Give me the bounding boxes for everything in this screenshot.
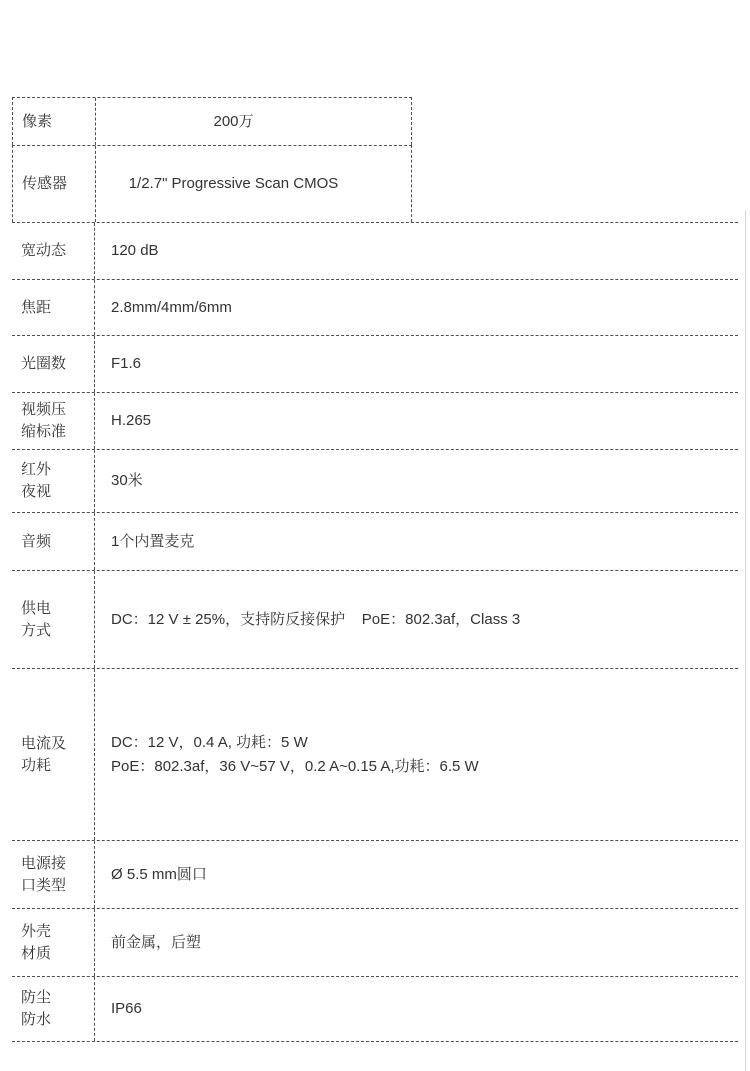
spec-value: IP66: [95, 977, 738, 1041]
spec-value: DC：12 V ± 25%，支持防反接保护 PoE：802.3af，Class …: [95, 571, 738, 668]
spec-label: 像素: [13, 98, 96, 145]
spec-label: 焦距: [12, 280, 95, 335]
spec-label: 宽动态: [12, 223, 95, 279]
spec-label: 红外 夜视: [12, 450, 95, 512]
spec-label: 电流及 功耗: [12, 669, 95, 840]
table-row: 像素 200万: [12, 97, 412, 145]
spec-label: 电源接 口类型: [12, 841, 95, 908]
spec-value: 200万: [96, 98, 411, 145]
table-row: 电源接 口类型 Ø 5.5 mm圆口: [12, 840, 738, 908]
spec-label: 音频: [12, 513, 95, 570]
spec-label: 光圈数: [12, 336, 95, 392]
table-row: 供电 方式 DC：12 V ± 25%，支持防反接保护 PoE：802.3af，…: [12, 570, 738, 668]
table-row: 视频压 缩标准 H.265: [12, 392, 738, 449]
spec-value: Ø 5.5 mm圆口: [95, 841, 738, 908]
spec-value: 120 dB: [95, 223, 738, 279]
table-row: 传感器 1/2.7" Progressive Scan CMOS: [12, 145, 412, 222]
spec-label: 防尘 防水: [12, 977, 95, 1041]
table-row: 外壳 材质 前金属，后塑: [12, 908, 738, 976]
spec-label: 视频压 缩标准: [12, 393, 95, 449]
spec-value: F1.6: [95, 336, 738, 392]
content-right-edge-line: [745, 210, 746, 1071]
table-row: 焦距 2.8mm/4mm/6mm: [12, 279, 738, 335]
spec-value: 30米: [95, 450, 738, 512]
spec-value: DC：12 V，0.4 A, 功耗：5 W PoE：802.3af，36 V~5…: [95, 669, 738, 840]
table-row: 光圈数 F1.6: [12, 335, 738, 392]
spec-value: 1个内置麦克: [95, 513, 738, 570]
table-row: 红外 夜视 30米: [12, 449, 738, 512]
spec-value: 1/2.7" Progressive Scan CMOS: [96, 146, 411, 222]
spec-value: 2.8mm/4mm/6mm: [95, 280, 738, 335]
spec-label: 外壳 材质: [12, 909, 95, 976]
spec-label: 供电 方式: [12, 571, 95, 668]
spec-value: 前金属，后塑: [95, 909, 738, 976]
table-row: 电流及 功耗 DC：12 V，0.4 A, 功耗：5 W PoE：802.3af…: [12, 668, 738, 840]
table-row: 宽动态 120 dB: [12, 222, 738, 279]
table-row: 防尘 防水 IP66: [12, 976, 738, 1042]
spec-table: 像素 200万 传感器 1/2.7" Progressive Scan CMOS…: [12, 97, 738, 1042]
spec-label: 传感器: [13, 146, 96, 222]
spec-value: H.265: [95, 393, 738, 449]
table-row: 音频 1个内置麦克: [12, 512, 738, 570]
